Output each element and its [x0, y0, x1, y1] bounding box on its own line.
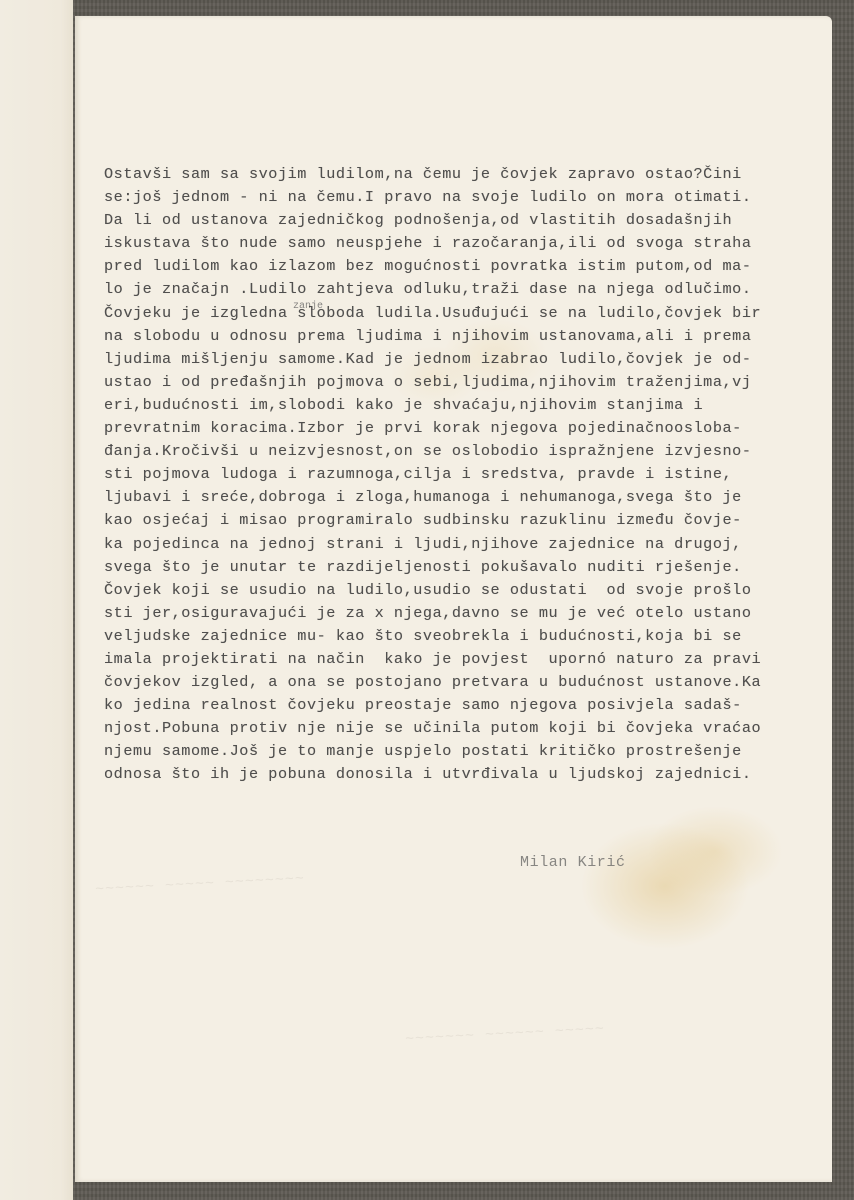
text-line: lo je značajn .Ludilo zahtjeva odluku,tr…	[104, 278, 824, 301]
text-line: čovjekov izgled, a ona se postojano pret…	[104, 671, 824, 694]
text-line: Čovjek koji se usudio na ludilo,usudio s…	[104, 579, 824, 602]
text-line: iskustava što nude samo neuspjehe i razo…	[104, 232, 824, 255]
text-line: kao osjećaj i misao programiralo sudbins…	[104, 509, 824, 532]
text-line: Čovjeku je izgledna sloboda ludila.Usuđu…	[104, 302, 824, 325]
text-line: ka pojedinca na jednoj strani i ljudi,nj…	[104, 533, 824, 556]
bleed-through-text: ~~~~~~ ~~~~~ ~~~~~~~~	[95, 871, 306, 899]
typewritten-page: ~~~~~~ ~~~~~ ~~~~~~~~ ~~~~~~~ ~~~~~~ ~~~…	[75, 16, 832, 1182]
text-line: ljubavi i sreće,dobroga i zloga,humanoga…	[104, 486, 824, 509]
text-line: odnosa što ih je pobuna donosila i utvrđ…	[104, 763, 824, 786]
bleed-through-text: ~~~~~~~ ~~~~~~ ~~~~~	[405, 1021, 606, 1048]
text-line: sti pojmova ludoga i razumnoga,cilja i s…	[104, 463, 824, 486]
text-line: svega što je unutar te razdijeljenosti p…	[104, 556, 824, 579]
body-text: Ostavši sam sa svojim ludilom,na čemu je…	[104, 163, 824, 787]
text-line: ustao i od pređašnjih pojmova o sebi,lju…	[104, 371, 824, 394]
text-line: veljudske zajednice mu- kao što sveobrek…	[104, 625, 824, 648]
text-line: ljudima mišljenju samome.Kad je jednom i…	[104, 348, 824, 371]
text-line: ko jedina realnost čovjeku preostaje sam…	[104, 694, 824, 717]
text-line: prevratnim koracima.Izbor je prvi korak …	[104, 417, 824, 440]
text-line: eri,budućnosti im,slobodi kako je shvaća…	[104, 394, 824, 417]
left-facing-page	[0, 0, 76, 1200]
author-signature: Milan Kirić	[520, 854, 626, 871]
text-line: sti jer,osiguravajući je za x njega,davn…	[104, 602, 824, 625]
text-line: na slobodu u odnosu prema ljudima i njih…	[104, 325, 824, 348]
text-line: imala projektirati na način kako je povj…	[104, 648, 824, 671]
text-line: Ostavši sam sa svojim ludilom,na čemu je…	[104, 163, 824, 186]
text-line: njemu samome.Još je to manje uspjelo pos…	[104, 740, 824, 763]
text-line: njost.Pobuna protiv nje nije se učinila …	[104, 717, 824, 740]
text-line: se:još jednom - ni na čemu.I pravo na sv…	[104, 186, 824, 209]
text-line: Da li od ustanova zajedničkog podnošenja…	[104, 209, 824, 232]
text-line: pred ludilom kao izlazom bez mogućnosti …	[104, 255, 824, 278]
text-line: đanja.Kročivši u neizvjesnost,on se oslo…	[104, 440, 824, 463]
